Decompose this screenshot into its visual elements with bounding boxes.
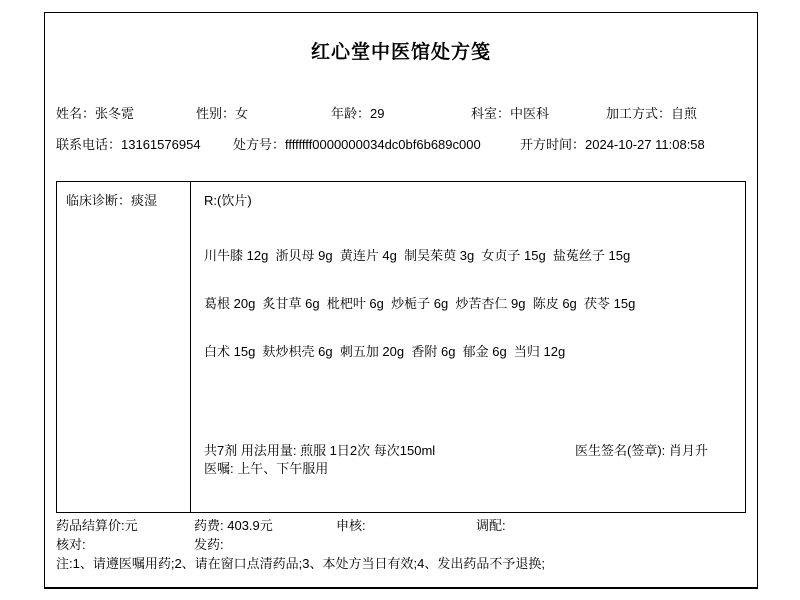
patient-name-value: 张冬霓 (95, 106, 134, 121)
age-field: 年龄：29 (331, 106, 384, 122)
herb-line-2: 葛根 20g 炙甘草 6g 枇杷叶 6g 炒栀子 6g 炒苦杏仁 9g 陈皮 6… (204, 296, 635, 312)
prescription-page: 红心堂中医馆处方笺 姓名：张冬霓 性别：女 年龄：29 科室：中医科 加工方式：… (0, 0, 800, 600)
dispense-label: 发药: (194, 537, 224, 552)
prescription-number-field: 处方号：ffffffff0000000034dc0bf6b689c000 (233, 137, 481, 153)
doctor-signature-label: 医生签名(签章): (575, 443, 669, 458)
rx-cell: R:(饮片) 川牛膝 12g 浙贝母 9g 黄连片 4g 制吴茱萸 3g 女贞子… (192, 182, 745, 512)
doctor-signature-field: 医生签名(签章): 肖月升 (575, 442, 745, 460)
age-value: 29 (370, 106, 384, 121)
settlement-price-label: 药品结算价: (56, 518, 125, 533)
settlement-price-field: 药品结算价:元 (56, 518, 138, 534)
phone-value: 13161576954 (121, 137, 201, 152)
prescription-table: 临床诊断：痰湿 R:(饮片) 川牛膝 12g 浙贝母 9g 黄连片 4g 制吴茱… (56, 181, 746, 513)
gender-label: 性别： (196, 106, 235, 121)
instruction-line: 医嘱: 上午、下午服用 (204, 460, 435, 478)
diagnosis-cell: 临床诊断：痰湿 (57, 182, 191, 512)
medicine-fee-label: 药费: (194, 518, 227, 533)
dosage-line: 共7剂 用法用量: 煎服 1日2次 每次150ml (204, 442, 435, 460)
prescription-number-value: ffffffff0000000034dc0bf6b689c000 (285, 137, 481, 152)
issue-time-value: 2024-10-27 11:08:58 (585, 137, 705, 152)
footer-note: 注:1、请遵医嘱用药;2、请在窗口点清药品;3、本处方当日有效;4、发出药品不予… (56, 556, 545, 572)
processing-method-value: 自煎 (671, 106, 697, 121)
department-label: 科室： (471, 106, 510, 121)
phone-label: 联系电话： (56, 137, 121, 152)
gender-value: 女 (235, 106, 248, 121)
processing-method-field: 加工方式：自煎 (606, 106, 697, 122)
diagnosis-value: 痰湿 (131, 193, 157, 208)
department-field: 科室：中医科 (471, 106, 549, 122)
check-field: 核对: (56, 537, 86, 553)
gender-field: 性别：女 (196, 106, 248, 122)
patient-name-field: 姓名：张冬霓 (56, 106, 134, 122)
document-border: 红心堂中医馆处方笺 姓名：张冬霓 性别：女 年龄：29 科室：中医科 加工方式：… (44, 12, 758, 589)
phone-field: 联系电话：13161576954 (56, 137, 201, 153)
processing-method-label: 加工方式： (606, 106, 671, 121)
issue-time-label: 开方时间： (520, 137, 585, 152)
issue-time-field: 开方时间：2024-10-27 11:08:58 (520, 137, 705, 153)
usage-block: 共7剂 用法用量: 煎服 1日2次 每次150ml 医嘱: 上午、下午服用 (204, 442, 435, 478)
rx-header: R:(饮片) (204, 193, 252, 209)
dispense-field: 发药: (194, 537, 224, 553)
herb-line-1: 川牛膝 12g 浙贝母 9g 黄连片 4g 制吴茱萸 3g 女贞子 15g 盐菟… (204, 248, 630, 264)
department-value: 中医科 (510, 106, 549, 121)
check-label: 核对: (56, 537, 86, 552)
settlement-price-value: 元 (125, 518, 138, 533)
diagnosis-label: 临床诊断： (66, 193, 131, 208)
page-title: 红心堂中医馆处方笺 (45, 37, 757, 64)
review-label: 申核: (336, 518, 366, 533)
prescription-number-label: 处方号： (233, 137, 285, 152)
doctor-signature-value: 肖月升 (669, 443, 708, 458)
medicine-fee-value: 403.9元 (227, 518, 273, 533)
prepare-field: 调配: (476, 518, 506, 534)
prepare-label: 调配: (476, 518, 506, 533)
patient-name-label: 姓名： (56, 106, 95, 121)
herb-line-3: 白术 15g 麸炒枳壳 6g 刺五加 20g 香附 6g 郁金 6g 当归 12… (204, 344, 565, 360)
diagnosis-field: 临床诊断：痰湿 (66, 193, 157, 209)
review-field: 申核: (336, 518, 366, 534)
medicine-fee-field: 药费: 403.9元 (194, 518, 273, 534)
age-label: 年龄： (331, 106, 370, 121)
